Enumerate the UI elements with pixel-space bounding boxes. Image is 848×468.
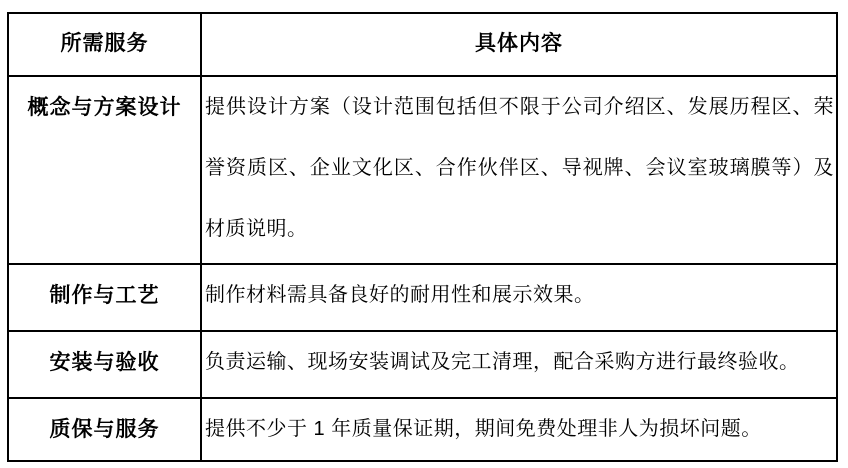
service-content-design: 提供设计方案（设计范围包括但不限于公司介绍区、发展历程区、荣誉资质区、企业文化区… (201, 76, 837, 264)
service-name-design: 概念与方案设计 (8, 76, 201, 264)
column-header-service: 所需服务 (8, 13, 201, 76)
table-header-row: 所需服务 具体内容 (8, 13, 837, 76)
document-page: 所需服务 具体内容 概念与方案设计 提供设计方案（设计范围包括但不限于公司介绍区… (0, 0, 848, 468)
service-content-warranty: 提供不少于 1 年质量保证期，期间免费处理非人为损坏问题。 (201, 398, 837, 461)
service-name-make: 制作与工艺 (8, 264, 201, 331)
column-header-content: 具体内容 (201, 13, 837, 76)
table-row-warranty: 质保与服务 提供不少于 1 年质量保证期，期间免费处理非人为损坏问题。 (8, 398, 837, 461)
services-table: 所需服务 具体内容 概念与方案设计 提供设计方案（设计范围包括但不限于公司介绍区… (7, 12, 838, 462)
service-name-install: 安装与验收 (8, 331, 201, 398)
table-row-install: 安装与验收 负责运输、现场安装调试及完工清理，配合采购方进行最终验收。 (8, 331, 837, 398)
service-content-install: 负责运输、现场安装调试及完工清理，配合采购方进行最终验收。 (201, 331, 837, 398)
table-row-make: 制作与工艺 制作材料需具备良好的耐用性和展示效果。 (8, 264, 837, 331)
service-name-warranty: 质保与服务 (8, 398, 201, 461)
service-content-make: 制作材料需具备良好的耐用性和展示效果。 (201, 264, 837, 331)
table-row-design: 概念与方案设计 提供设计方案（设计范围包括但不限于公司介绍区、发展历程区、荣誉资… (8, 76, 837, 264)
